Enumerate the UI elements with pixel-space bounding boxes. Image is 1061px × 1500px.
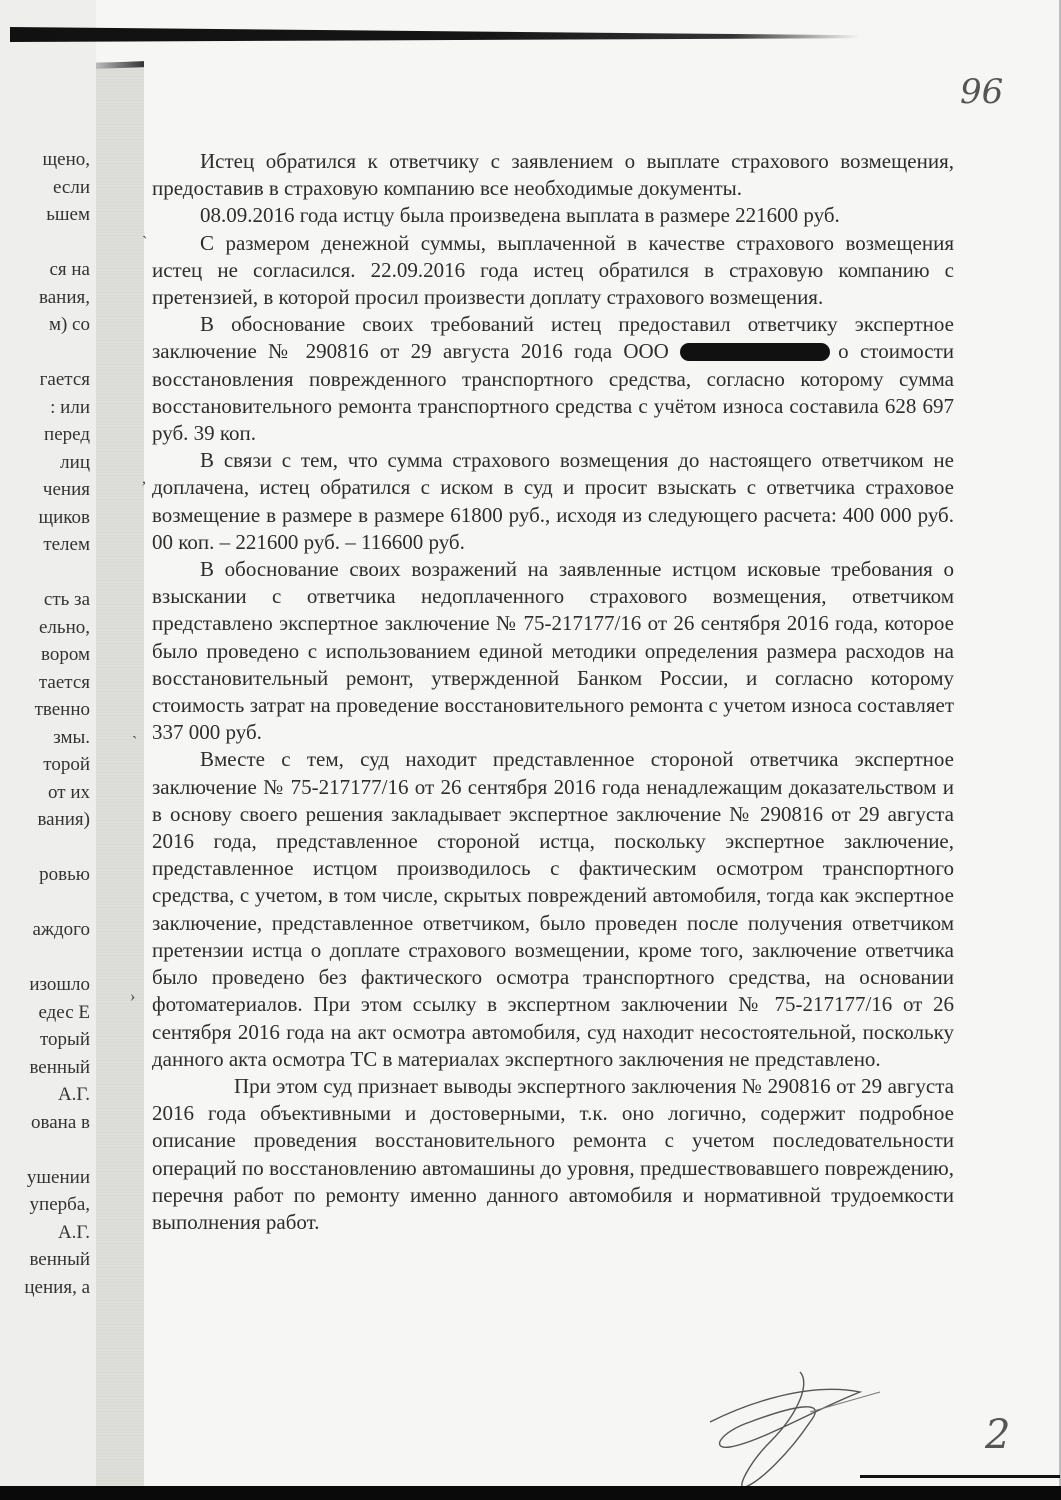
document-body: Истец обратился к ответчику с заявлением… — [152, 148, 954, 1236]
paragraph: В связи с тем, что сумма страхового возм… — [152, 447, 954, 556]
paragraph: В обоснование своих возражений на заявле… — [152, 556, 954, 746]
margin-fragment: если — [53, 174, 90, 201]
previous-page-strip: щено,еслиьшемся навания,м) согается: или… — [0, 0, 96, 1500]
margin-fragment: изошло — [29, 971, 90, 998]
margin-fragment: ована в — [31, 1109, 90, 1136]
margin-fragment: перед — [44, 421, 90, 448]
margin-fragment: : или — [50, 394, 90, 421]
redaction-mark — [680, 343, 830, 361]
margin-fragment: тается — [39, 669, 90, 696]
margin-fragment: лиц — [60, 449, 90, 476]
margin-fragment: вания) — [37, 806, 90, 833]
paragraph: С размером денежной суммы, выплаченной в… — [152, 230, 954, 312]
paragraph: При этом суд признает выводы экспертного… — [152, 1073, 954, 1236]
margin-fragment: едес Е — [38, 999, 90, 1026]
margin-fragment: щено, — [43, 146, 90, 173]
margin-fragment: ся на — [49, 256, 90, 283]
margin-fragment: ельно, — [39, 614, 90, 641]
margin-fragment: венный — [29, 1246, 90, 1273]
margin-fragment: вором — [41, 641, 90, 668]
scanner-bottom-edge — [0, 1486, 1061, 1500]
paragraph: Истец обратился к ответчику с заявлением… — [152, 148, 954, 202]
margin-fragment: торый — [40, 1026, 90, 1053]
margin-fragment: торой — [43, 751, 90, 778]
margin-fragment: ушении — [27, 1164, 90, 1191]
margin-fragment: А.Г. — [58, 1219, 90, 1246]
margin-fragment: от их — [48, 779, 90, 806]
binding-shadow — [96, 62, 144, 1500]
margin-fragment: змы. — [53, 724, 90, 751]
margin-fragment: аждого — [32, 916, 90, 943]
margin-fragment: чения — [43, 476, 90, 503]
handwritten-sheet-number: 96 — [960, 72, 1003, 112]
scanner-top-edge — [10, 27, 860, 42]
margin-mark: ˎ — [142, 222, 147, 240]
margin-fragment: вания, — [39, 284, 90, 311]
margin-fragment: А.Г. — [58, 1081, 90, 1108]
margin-mark: › — [130, 988, 135, 1006]
paragraph: 08.09.2016 года истцу была произведена в… — [152, 202, 954, 229]
margin-fragment: м) со — [49, 311, 90, 338]
paragraph-text: В обоснование своих требований истец пре… — [152, 312, 954, 363]
margin-mark: , — [142, 470, 146, 488]
margin-fragment: гается — [40, 366, 90, 393]
paragraph: В обоснование своих требований истец пре… — [152, 311, 954, 447]
margin-fragment: щиков — [38, 504, 90, 531]
scanned-page: щено,еслиьшемся навания,м) согается: или… — [0, 0, 1061, 1500]
margin-fragment: ьшем — [46, 201, 90, 228]
margin-fragment: телем — [43, 531, 90, 558]
margin-fragment: твенно — [35, 696, 90, 723]
margin-mark: ˏ — [132, 722, 137, 740]
page-number: 2 — [985, 1412, 1010, 1458]
paragraph: Вместе с тем, суд находит представленное… — [152, 746, 954, 1072]
margin-fragment: венный — [29, 1054, 90, 1081]
margin-fragment: ровью — [39, 861, 90, 888]
signature-icon — [690, 1362, 910, 1492]
margin-fragment: сть за — [44, 586, 90, 613]
bottom-rule — [860, 1475, 1060, 1478]
margin-fragment: цения, а — [24, 1274, 90, 1301]
margin-fragment: уперба, — [30, 1191, 90, 1218]
